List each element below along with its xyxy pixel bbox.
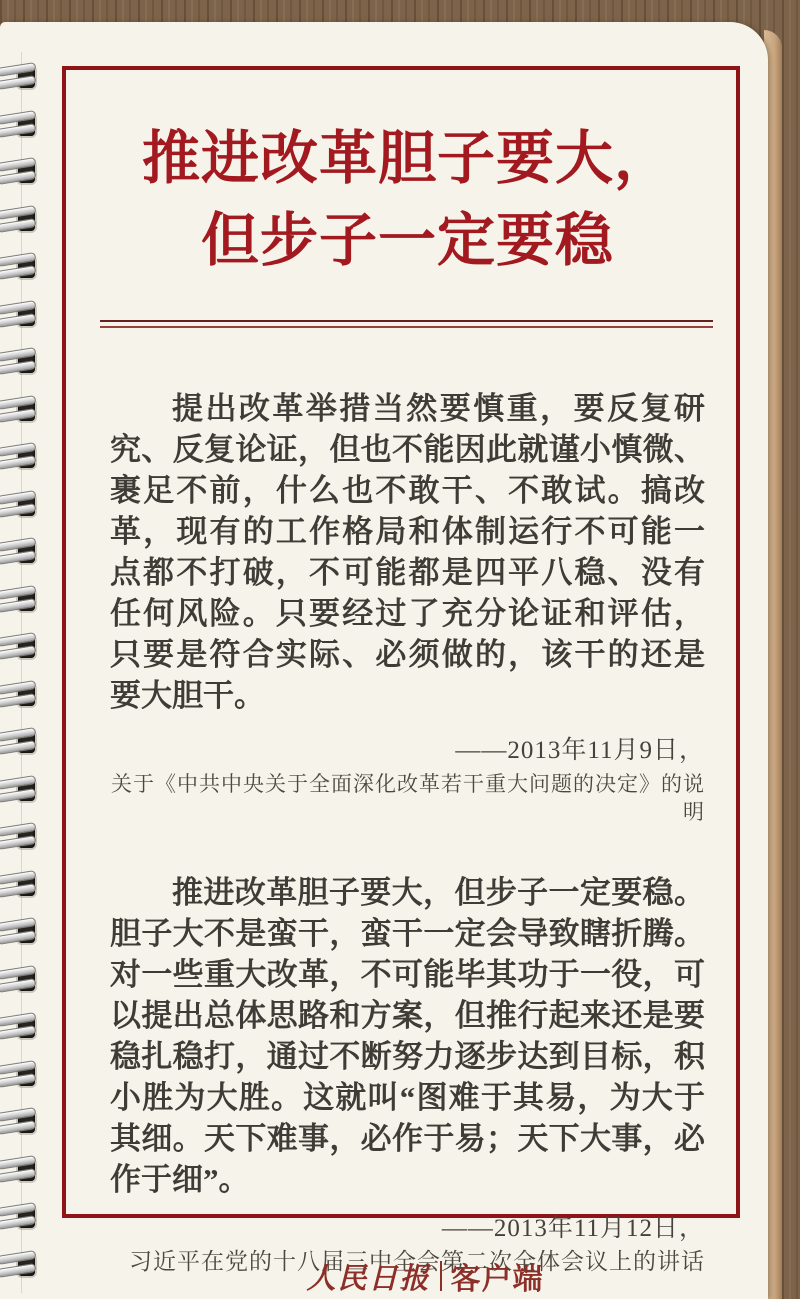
spiral-ring [0,825,38,851]
quote-line: 任何风险。只要经过了充分论证和评估， [110,593,705,634]
spiral-ring [0,1158,38,1184]
spiral-ring [0,540,38,566]
spiral-ring [0,873,38,899]
spiral-ring [0,160,38,186]
attribution-source: 关于《中共中央关于全面深化改革若干重大问题的决定》的说明 [110,770,705,826]
spiral-ring [0,255,38,281]
spiral-ring [0,1253,38,1279]
quote-line: 究、反复论证，但也不能因此就谨小慎微、 [110,429,705,470]
quote-line: 革，现有的工作格局和体制运行不可能一 [110,511,705,552]
quote-line: 裹足不前，什么也不敢干、不敢试。搞改 [110,470,705,511]
title-divider [100,320,713,328]
spiral-ring [0,920,38,946]
spiral-ring [0,398,38,424]
spiral-ring [0,683,38,709]
logo-client-label: 客户端 [451,1254,544,1298]
spiral-ring [0,635,38,661]
quote-line: 小胜为大胜。这就叫“图难于其易，为大于 [110,1077,705,1118]
quote-line: 作于细”。 [110,1159,705,1200]
spiral-ring [0,445,38,471]
poster-title-line2: 但步子一定要稳 [110,200,705,282]
quote-line: 胆子大不是蛮干，蛮干一定会导致瞎折腾。 [110,913,705,954]
quote-line: 只要是符合实际、必须做的，该干的还是 [110,634,705,675]
spiral-ring [0,1015,38,1041]
red-frame: 推进改革胆子要大， 但步子一定要稳 提出改革举措当然要慎重，要反复研 究、反复论… [62,66,740,1218]
quote-line: 提出改革举措当然要慎重，要反复研 [110,388,705,429]
logo-divider [440,1261,442,1291]
notebook-spiral [0,22,46,1299]
spiral-ring [0,493,38,519]
spiral-ring [0,1063,38,1089]
spiral-ring [0,1110,38,1136]
spiral-ring [0,208,38,234]
spiral-ring [0,65,38,91]
attribution-date: ——2013年11月9日， [110,736,705,766]
quote-line: 以提出总体思路和方案，但推行起来还是要 [110,995,705,1036]
spiral-ring [0,113,38,139]
quote-line: 稳扎稳打，通过不断努力逐步达到目标，积 [110,1036,705,1077]
poster-title-line1: 推进改革胆子要大， [110,118,705,200]
spiral-ring [0,1205,38,1231]
footer: 人民日报 客户端 [62,1254,740,1298]
peoples-daily-logo: 人民日报 客户端 [306,1254,543,1298]
peoples-daily-wordmark: 人民日报 [306,1256,430,1297]
quote-paragraph-2: 推进改革胆子要大，但步子一定要稳。 胆子大不是蛮干，蛮干一定会导致瞎折腾。 对一… [110,872,705,1200]
notebook-page: 推进改革胆子要大， 但步子一定要稳 提出改革举措当然要慎重，要反复研 究、反复论… [0,22,768,1299]
spiral-ring [0,968,38,994]
quote-line: 点都不打破，不可能都是四平八稳、没有 [110,552,705,593]
quote-paragraph-1: 提出改革举措当然要慎重，要反复研 究、反复论证，但也不能因此就谨小慎微、 裹足不… [110,388,705,716]
quote-line: 其细。天下难事，必作于易；天下大事，必 [110,1118,705,1159]
spiral-ring [0,350,38,376]
poster-background: { "title": { "line1": "推进改革胆子要大，", "line… [0,0,800,1299]
attribution-date: ——2013年11月12日， [110,1214,705,1244]
spiral-ring [0,730,38,756]
quote-line: 推进改革胆子要大，但步子一定要稳。 [110,872,705,913]
spiral-ring [0,588,38,614]
spiral-ring [0,778,38,804]
quote-line: 要大胆干。 [110,675,705,716]
spiral-ring [0,303,38,329]
quote-line: 对一些重大改革，不可能毕其功于一役，可 [110,954,705,995]
attribution-1: ——2013年11月9日， 关于《中共中央关于全面深化改革若干重大问题的决定》的… [110,736,705,826]
poster-title: 推进改革胆子要大， 但步子一定要稳 [110,118,705,282]
